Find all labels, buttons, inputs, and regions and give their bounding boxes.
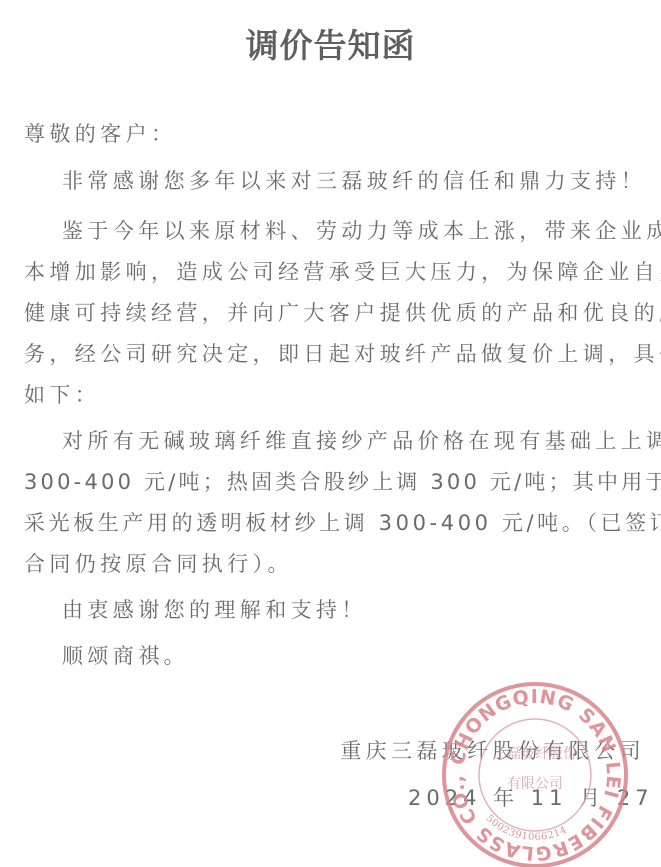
company-seal-stamp-icon: CHONGQING SAN LEI FIBERGLASS CO.,LTD 500…: [440, 680, 630, 867]
paragraph-reason-line-1: 鉴于今年以来原材料、劳动力等成本上涨，带来企业成: [62, 216, 661, 246]
paragraph-reason-line-2: 本增加影响，造成公司经营承受巨大压力，为保障企业自身: [24, 257, 661, 287]
closing-regards: 顺颂商祺。: [62, 641, 189, 671]
salutation: 尊敬的客户：: [24, 119, 176, 149]
paragraph-price-line-1: 对所有无碱玻璃纤维直接纱产品价格在现有基础上上调: [62, 426, 661, 456]
paragraph-reason-line-5: 如下：: [24, 380, 100, 410]
paragraph-price-line-4: 合同仍按原合同执行）。: [24, 549, 293, 579]
paragraph-thanks: 非常感谢您多年以来对三磊玻纤的信任和鼎力支持！: [62, 166, 646, 196]
closing-thanks: 由衷感谢您的理解和支持！: [62, 595, 367, 625]
paragraph-reason-line-3: 健康可持续经营，并向广大客户提供优质的产品和优良的服: [24, 298, 661, 328]
paragraph-price-line-3: 采光板生产用的透明板材纱上调 300-400 元/吨。（已签订的: [24, 508, 661, 538]
svg-text:有限公司: 有限公司: [507, 776, 563, 792]
paragraph-price-line-2: 300-400 元/吨；热固类合股纱上调 300 元/吨；其中用于 FRP: [24, 467, 661, 497]
svg-text:三磊玻纤股份: 三磊玻纤股份: [493, 745, 577, 762]
paragraph-reason-line-4: 务，经公司研究决定，即日起对玻纤产品做复价上调，具体: [24, 339, 661, 369]
document-title: 调价告知函: [0, 20, 661, 67]
